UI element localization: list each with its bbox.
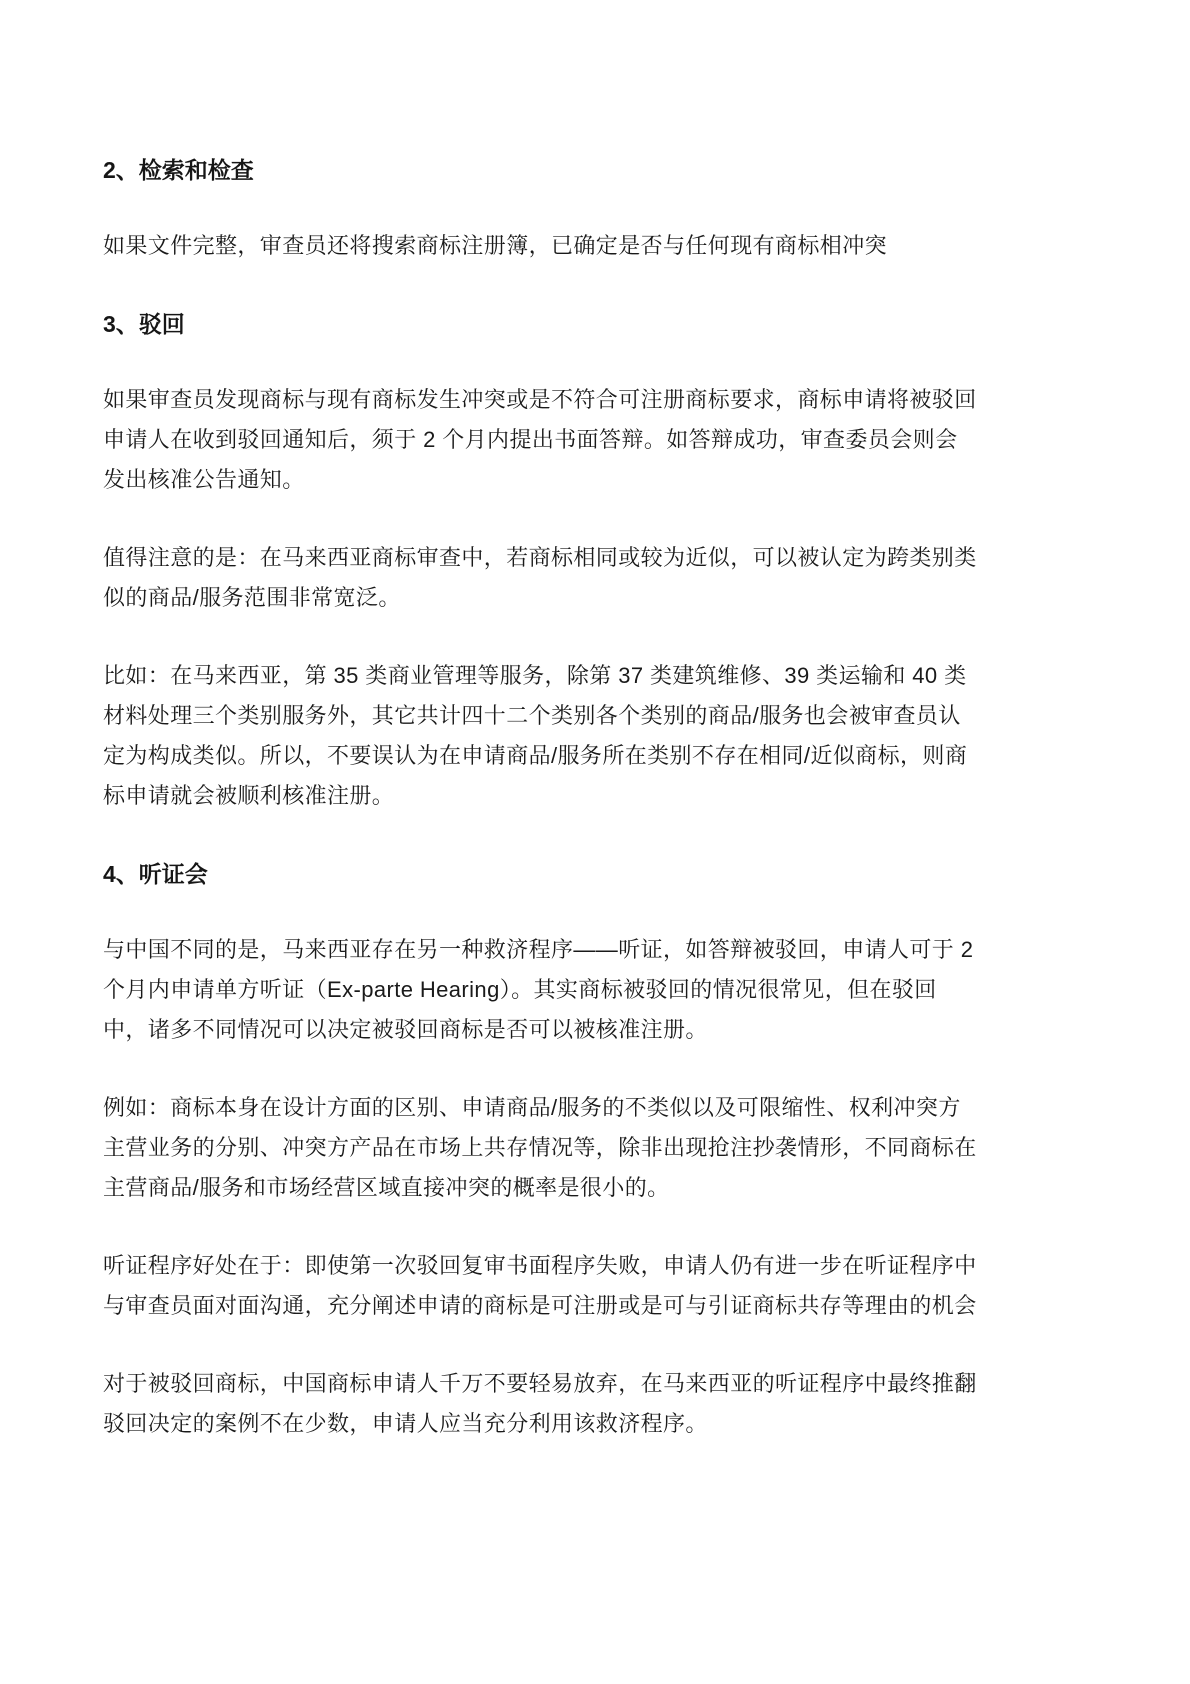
paragraph-rejection-process: 如果审查员发现商标与现有商标发生冲突或是不符合可注册商标要求，商标申请将被驳回 … [103,380,1110,500]
heading-rejection: 3、驳回 [103,304,1110,344]
text-line: 标申请就会被顺利核准注册。 [103,776,1110,816]
text-line: 个月内申请单方听证（Ex-parte Hearing）。其实商标被驳回的情况很常… [103,970,1110,1010]
paragraph-final-advice: 对于被驳回商标，中国商标申请人千万不要轻易放弃，在马来西亚的听证程序中最终推翻 … [103,1364,1110,1444]
paragraph-hearing-examples: 例如：商标本身在设计方面的区别、申请商品/服务的不类似以及可限缩性、权利冲突方 … [103,1088,1110,1208]
text-line: 主营业务的分别、冲突方产品在市场上共存情况等，除非出现抢注抄袭情形，不同商标在 [103,1128,1110,1168]
text-line: 定为构成类似。所以，不要误认为在申请商品/服务所在类别不存在相同/近似商标，则商 [103,736,1110,776]
paragraph-class-example: 比如：在马来西亚，第 35 类商业管理等服务，除第 37 类建筑维修、39 类运… [103,656,1110,816]
text-line: 似的商品/服务范围非常宽泛。 [103,578,1110,618]
text-line: 值得注意的是：在马来西亚商标审查中，若商标相同或较为近似，可以被认定为跨类别类 [103,538,1110,578]
text-line: 主营商品/服务和市场经营区域直接冲突的概率是很小的。 [103,1168,1110,1208]
text-line: 与中国不同的是，马来西亚存在另一种救济程序——听证，如答辩被驳回，申请人可于 2 [103,930,1110,970]
text-line: 材料处理三个类别服务外，其它共计四十二个类别各个类别的商品/服务也会被审查员认 [103,696,1110,736]
text-line: 发出核准公告通知。 [103,460,1110,500]
text-line: 例如：商标本身在设计方面的区别、申请商品/服务的不类似以及可限缩性、权利冲突方 [103,1088,1110,1128]
paragraph-search-examination: 如果文件完整，审查员还将搜索商标注册簿，已确定是否与任何现有商标相冲突 [103,226,1110,266]
document-page: 2、检索和检查 如果文件完整，审查员还将搜索商标注册簿，已确定是否与任何现有商标… [0,0,1190,1684]
text-line: 听证程序好处在于：即使第一次驳回复审书面程序失败，申请人仍有进一步在听证程序中 [103,1246,1110,1286]
text-line: 如果文件完整，审查员还将搜索商标注册簿，已确定是否与任何现有商标相冲突 [103,226,1110,266]
heading-hearing: 4、听证会 [103,854,1110,894]
text-line: 如果审查员发现商标与现有商标发生冲突或是不符合可注册商标要求，商标申请将被驳回 [103,380,1110,420]
text-line: 中，诸多不同情况可以决定被驳回商标是否可以被核准注册。 [103,1010,1110,1050]
text-line: 比如：在马来西亚，第 35 类商业管理等服务，除第 37 类建筑维修、39 类运… [103,656,1110,696]
heading-search-and-examination: 2、检索和检查 [103,150,1110,190]
paragraph-ex-parte-hearing: 与中国不同的是，马来西亚存在另一种救济程序——听证，如答辩被驳回，申请人可于 2… [103,930,1110,1050]
text-line: 申请人在收到驳回通知后，须于 2 个月内提出书面答辩。如答辩成功，审查委员会则会 [103,420,1110,460]
paragraph-hearing-benefits: 听证程序好处在于：即使第一次驳回复审书面程序失败，申请人仍有进一步在听证程序中 … [103,1246,1110,1326]
text-line: 驳回决定的案例不在少数，申请人应当充分利用该救济程序。 [103,1404,1110,1444]
paragraph-cross-class-note: 值得注意的是：在马来西亚商标审查中，若商标相同或较为近似，可以被认定为跨类别类 … [103,538,1110,618]
text-line: 对于被驳回商标，中国商标申请人千万不要轻易放弃，在马来西亚的听证程序中最终推翻 [103,1364,1110,1404]
text-line: 与审查员面对面沟通，充分阐述申请的商标是可注册或是可与引证商标共存等理由的机会 [103,1286,1110,1326]
